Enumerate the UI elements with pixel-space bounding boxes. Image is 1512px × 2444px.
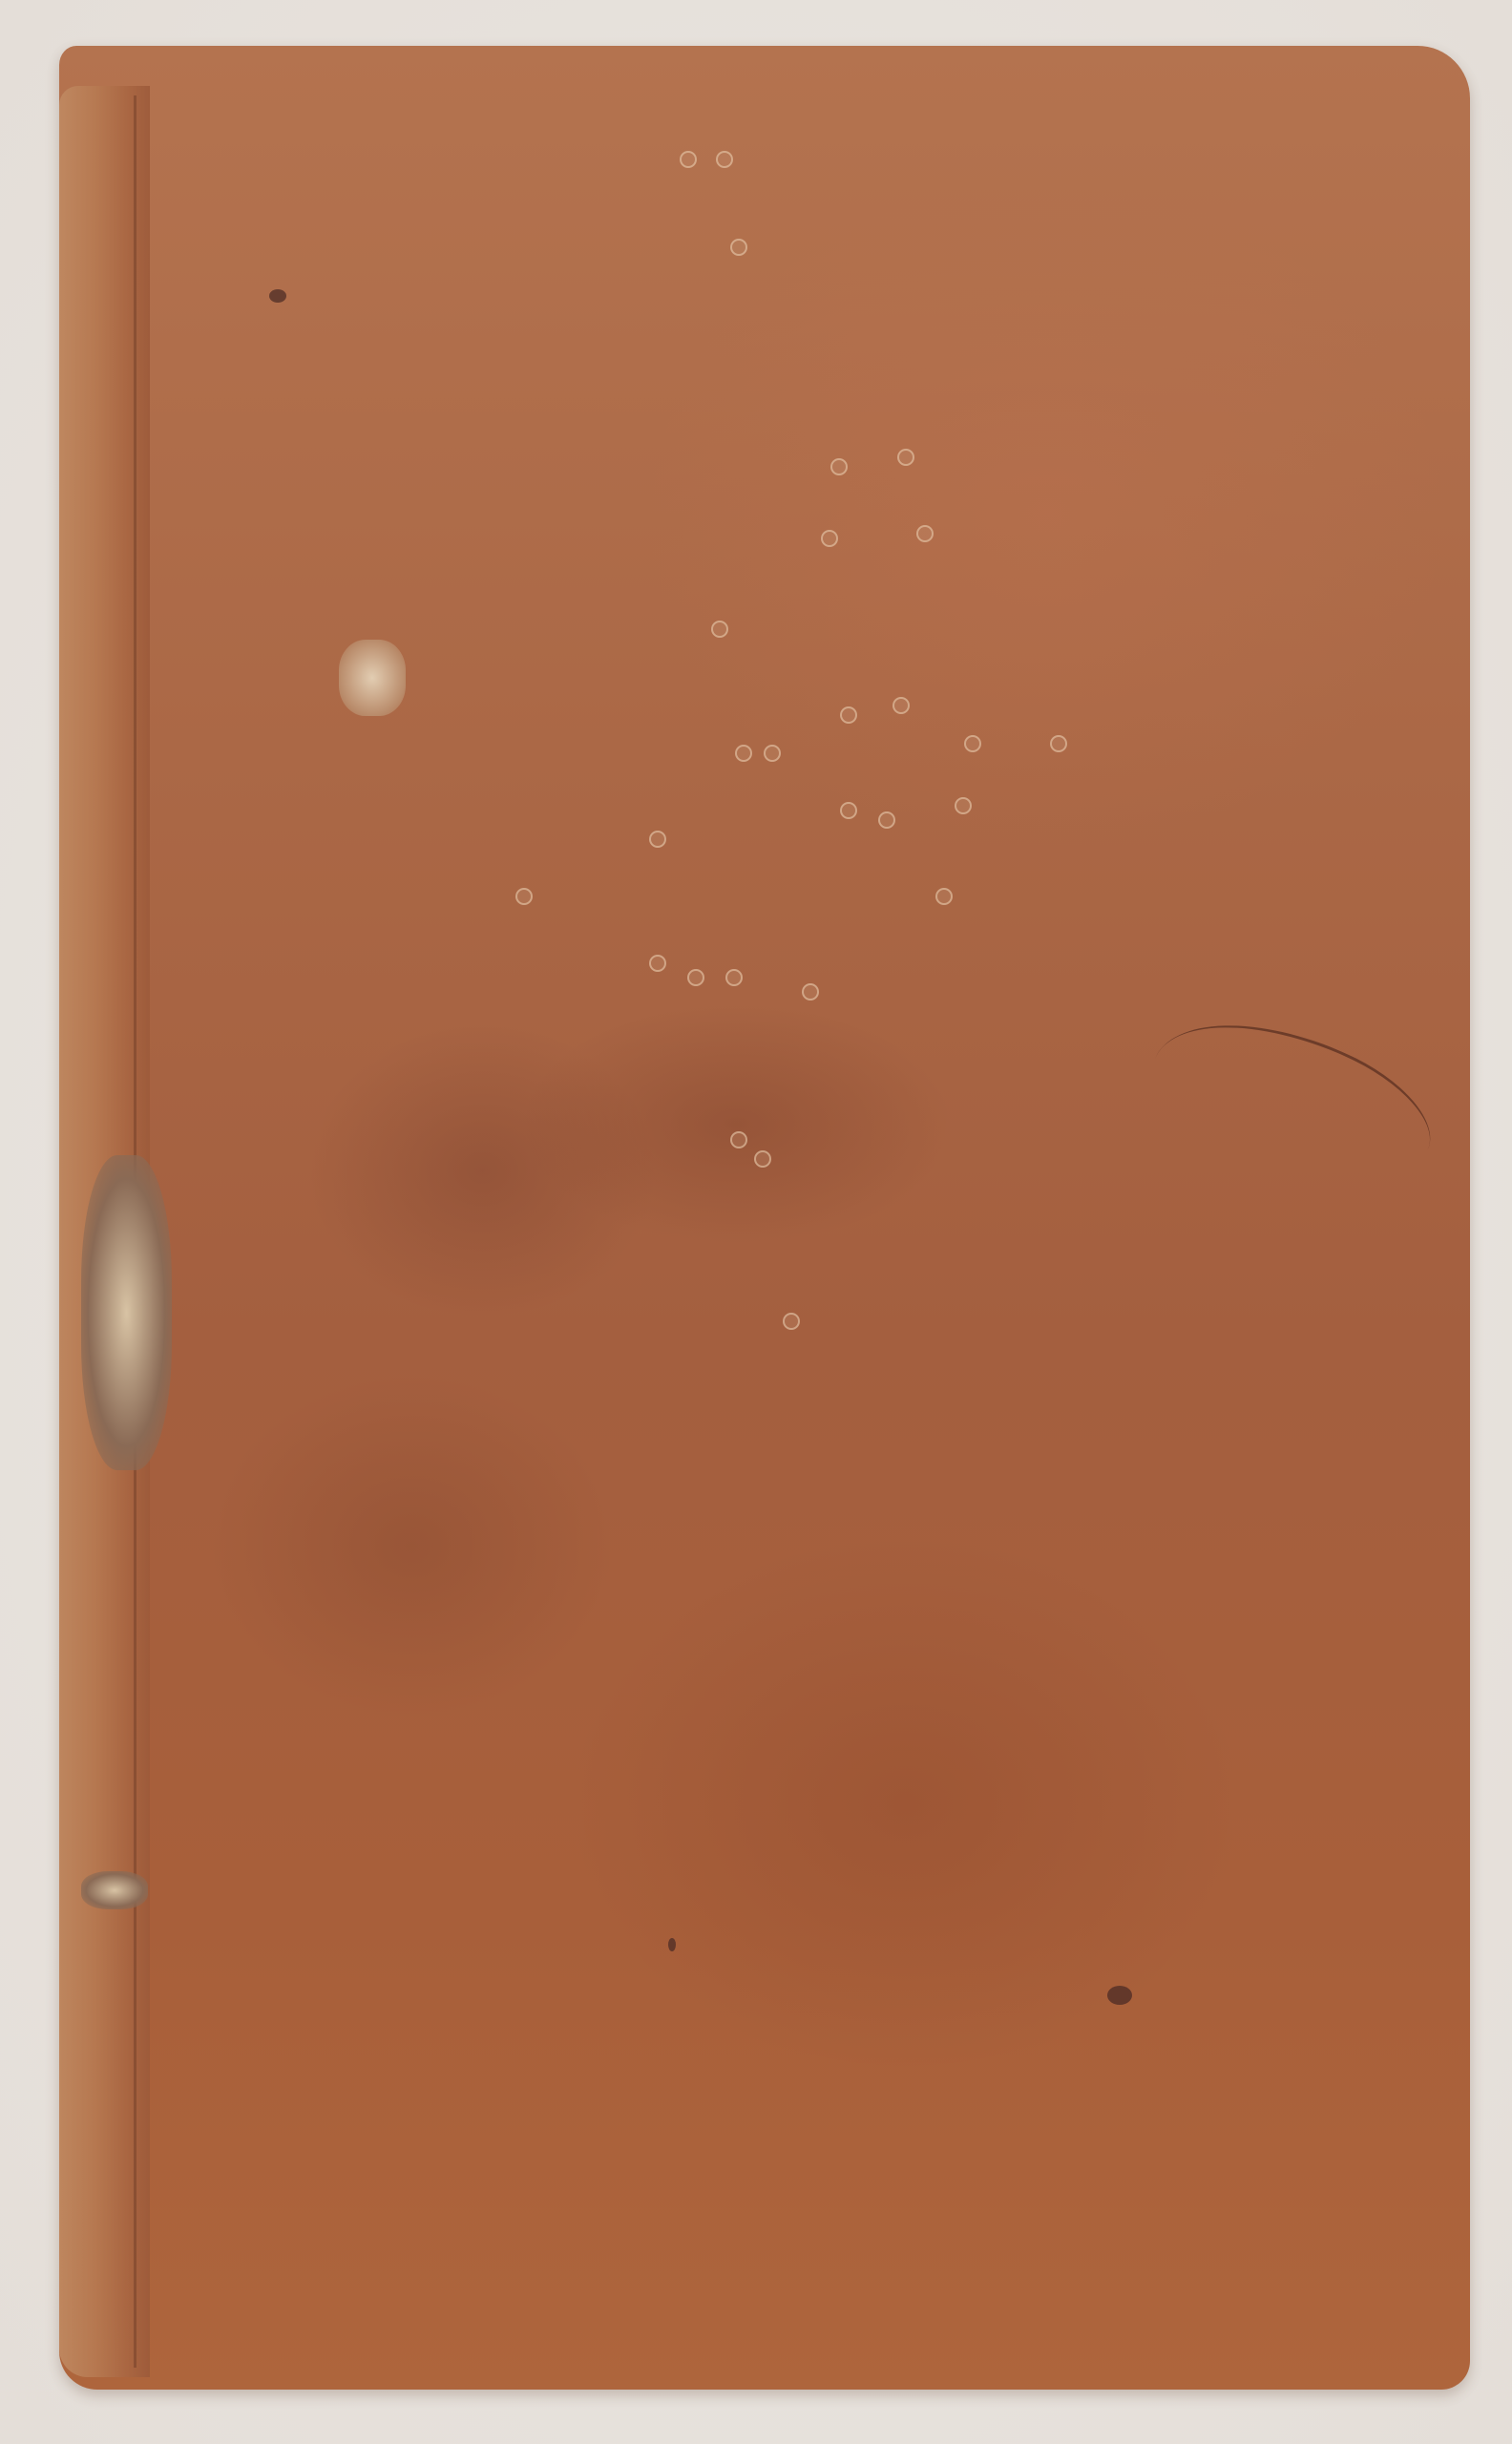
scuff-mark (339, 640, 406, 716)
book-cover (59, 46, 1470, 2390)
spine-tear (81, 1155, 172, 1470)
spine-wear (81, 1871, 148, 1909)
